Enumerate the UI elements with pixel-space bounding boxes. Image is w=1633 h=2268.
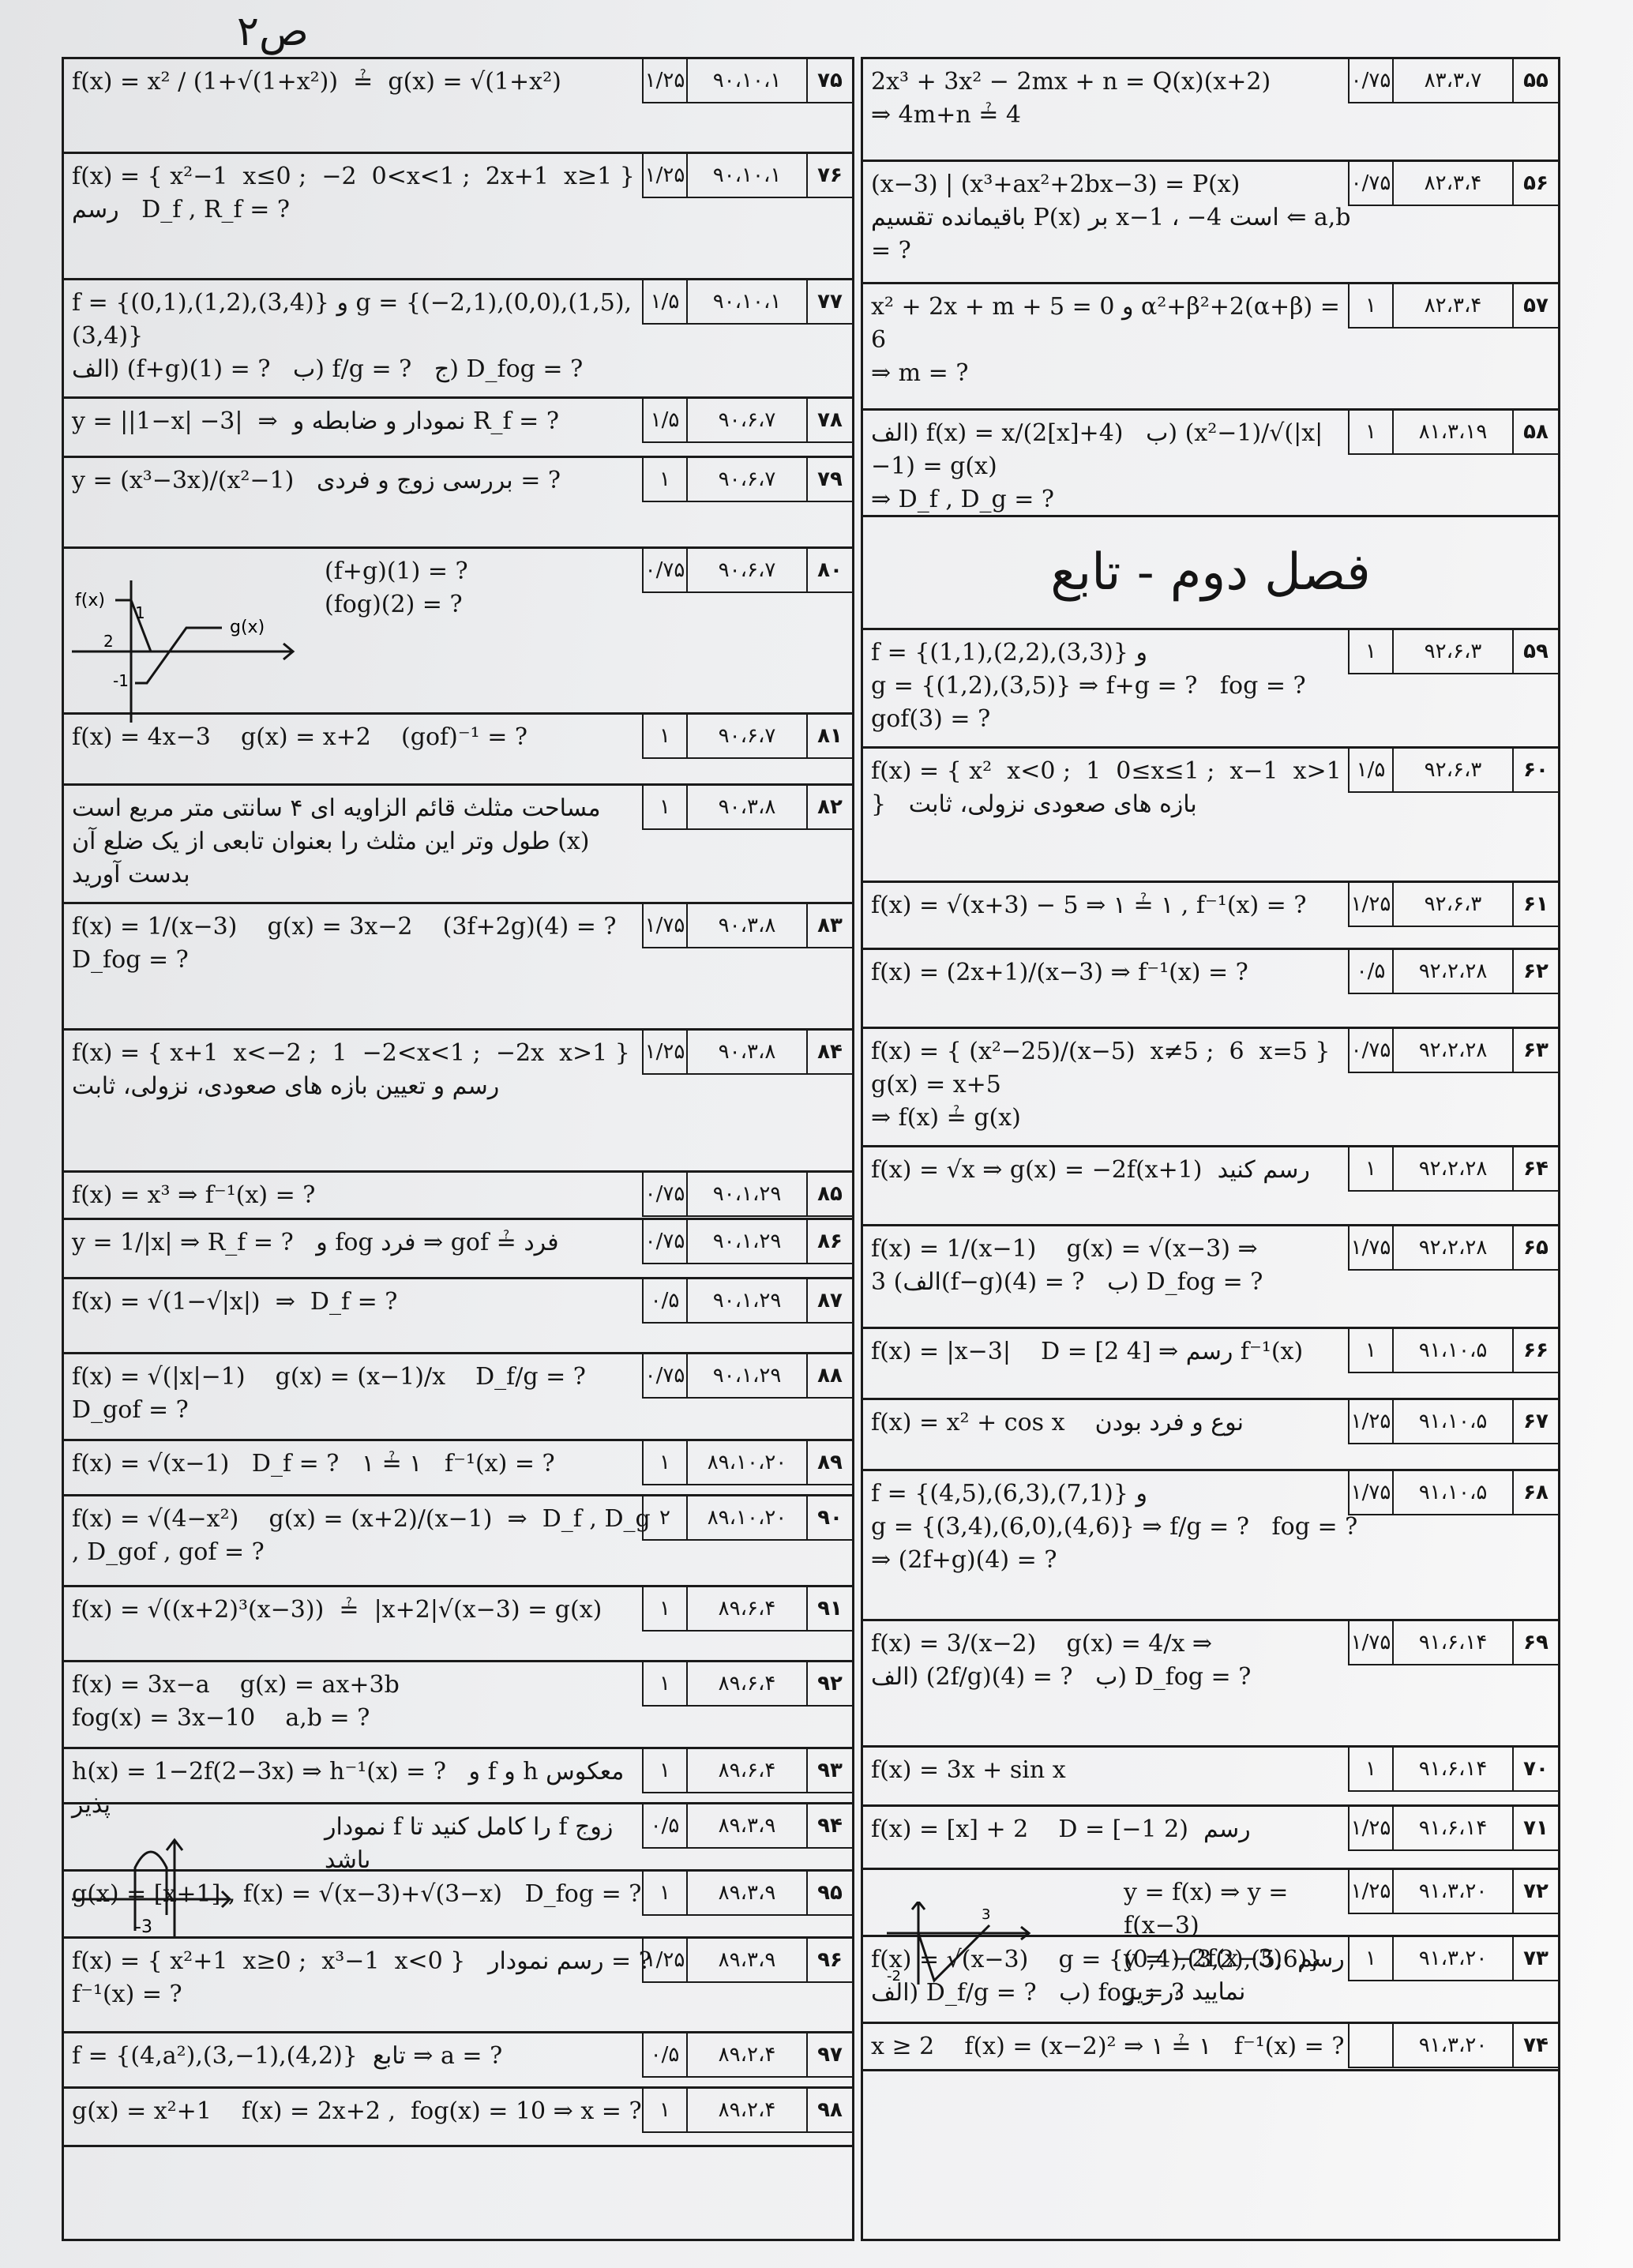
problem-score: ۰/۷۵	[1350, 162, 1394, 205]
problem-row: f = {(4,a²),(3,−1),(4,2)} تابع ⇒ a = ?۰/…	[64, 2033, 852, 2089]
problem-score: ۱	[1350, 1147, 1394, 1190]
problem-row: f(x) = √(4−x²) g(x) = (x+2)/(x−1) ⇒ D_f …	[64, 1496, 852, 1587]
problem-text: (f+g)(1) = ? (fog)(2) = ?	[325, 555, 655, 621]
problem-meta: ۰/۵۸۹،۳،۹۹۴	[642, 1804, 852, 1849]
page-mark: ص۲	[237, 8, 309, 55]
problem-score: ۰/۷۵	[644, 549, 688, 591]
problem-meta: ۱۸۱،۳،۱۹۵۸	[1348, 411, 1558, 455]
problem-meta: ۰/۷۵۸۲،۳،۴۵۶	[1348, 162, 1558, 206]
svg-text:g(x): g(x)	[230, 618, 265, 637]
problem-score: ۱/۲۵	[644, 1031, 688, 1073]
problem-row: f(x) = √x ⇒ g(x) = −2f(x+1) رسم کنید۱۹۲،…	[863, 1147, 1558, 1226]
problem-number: ۷۹	[808, 458, 852, 501]
problem-score: ۱/۵	[1350, 749, 1394, 791]
problem-text: f(x) = x² / (1+√(1+x²)) ≟ g(x) = √(1+x²)	[72, 66, 655, 99]
problem-date: ۹۱،۳،۲۰	[1394, 2024, 1514, 2067]
problem-meta: ۱/۵۹۰،۱۰،۱۷۷	[642, 280, 852, 325]
problem-date: ۹۱،۱۰،۵	[1394, 1471, 1514, 1514]
problem-number: ۶۵	[1514, 1226, 1558, 1269]
problem-row: f(x) = [x] + 2 D = [−1 2) رسم۱/۲۵۹۱،۶،۱۴…	[863, 1807, 1558, 1870]
problem-score: ۰/۷۵	[1350, 59, 1394, 102]
problem-meta: ۰/۷۵۹۰،۶،۷۸۰	[642, 549, 852, 593]
problem-meta: ۱/۲۵۹۱،۶،۱۴۷۱	[1348, 1807, 1558, 1851]
problem-score: ۱	[644, 715, 688, 757]
svg-text:1: 1	[135, 603, 145, 622]
problem-row: y = 1/|x| ⇒ R_f = ? و fog فرد ⇒ gof ≟ فر…	[64, 1220, 852, 1279]
problem-text: f(x) = 1/(x−1) g(x) = √(x−3) ⇒ الف) 3(f−…	[871, 1233, 1361, 1299]
problem-score: ۱/۲۵	[1350, 1400, 1394, 1443]
problem-row: f(x) = √((x+2)³(x−3)) ≟ |x+2|√(x−3) = g(…	[64, 1587, 852, 1662]
problem-row: 2x³ + 3x² − 2mx + n = Q(x)(x+2) ⇒ 4m+n ≟…	[863, 59, 1558, 162]
problem-number: ۵۵	[1514, 59, 1558, 102]
problem-number: ۹۰	[808, 1496, 852, 1539]
problem-date: ۹۱،۳،۲۰	[1394, 1937, 1514, 1980]
problem-score: ۱/۲۵	[644, 1939, 688, 1981]
problem-row: f(x)g(x)12-1(f+g)(1) = ? (fog)(2) = ?۰/۷…	[64, 549, 852, 715]
problem-row: -3نمودار f را کامل کنید تا f زوج باشد۰/۵…	[64, 1804, 852, 1872]
problem-score: ۱/۷۵	[1350, 1621, 1394, 1664]
problem-row: f(x) = { x+1 x<−2 ; 1 −2<x<1 ; −2x x>1 }…	[64, 1031, 852, 1173]
problem-date: ۸۹،۲،۴	[688, 2033, 808, 2076]
problem-date: ۹۱،۶،۱۴	[1394, 1748, 1514, 1790]
problem-number: ۹۵	[808, 1872, 852, 1914]
problem-number: ۶۹	[1514, 1621, 1558, 1664]
problem-number: ۹۲	[808, 1662, 852, 1705]
problem-number: ۹۳	[808, 1749, 852, 1792]
svg-text:3: 3	[982, 1906, 990, 1923]
problem-number: ۸۷	[808, 1279, 852, 1322]
problem-date: ۹۲،۶،۳	[1394, 749, 1514, 791]
problem-text: g(x) = x²+1 f(x) = 2x+2 , fog(x) = 10 ⇒ …	[72, 2095, 655, 2128]
problem-date: ۸۱،۳،۱۹	[1394, 411, 1514, 453]
problem-text: f = {(4,5),(6,3),(7,1)} و g = {(3,4),(6,…	[871, 1478, 1361, 1577]
problem-text: f = {(1,1),(2,2),(3,3)} و g = {(1,2),(3,…	[871, 636, 1361, 736]
problem-meta: ۰/۷۵۸۳،۳،۷۵۵	[1348, 59, 1558, 103]
problem-date: ۹۰،۳،۸	[688, 1031, 808, 1073]
problem-number: ۸۸	[808, 1354, 852, 1397]
problem-row: f(x) = x² + cos x نوع و فرد بودن۱/۲۵۹۱،۱…	[863, 1400, 1558, 1471]
problem-text: f = {(0,1),(1,2),(3,4)} و g = {(−2,1),(0…	[72, 287, 655, 386]
problem-date: ۹۱،۶،۱۴	[1394, 1621, 1514, 1664]
problem-number: ۹۷	[808, 2033, 852, 2076]
problem-number: ۹۴	[808, 1804, 852, 1847]
problem-row: f(x) = { x² x<0 ; 1 0≤x≤1 ; x−1 x>1 } با…	[863, 749, 1558, 883]
problem-meta: ۱۸۹،۶،۴۹۱	[642, 1587, 852, 1632]
problem-date: ۹۰،۶،۷	[688, 549, 808, 591]
problem-text: f(x) = √x ⇒ g(x) = −2f(x+1) رسم کنید	[871, 1154, 1361, 1187]
problem-score: ۱	[644, 1749, 688, 1792]
problem-meta: ۱/۷۵۹۱،۶،۱۴۶۹	[1348, 1621, 1558, 1665]
problem-number: ۹۶	[808, 1939, 852, 1981]
problem-number: ۸۴	[808, 1031, 852, 1073]
problem-row: h(x) = 1−2f(2−3x) ⇒ h⁻¹(x) = ? و f و h م…	[64, 1749, 852, 1804]
problem-text: مساحت مثلث قائم الزاویه ای ۴ سانتی متر م…	[72, 792, 655, 892]
problem-score: ۰/۵	[644, 1804, 688, 1847]
problem-row: y = ||1−x| −3| ⇒ نمودار و ضابطه و R_f = …	[64, 399, 852, 458]
problem-date: ۹۲،۲،۲۸	[1394, 1029, 1514, 1072]
problem-score: ۱/۷۵	[1350, 1471, 1394, 1514]
problem-score: ۰/۵	[644, 1279, 688, 1322]
problem-row: f(x) = { x²−1 x≤0 ; −2 0<x<1 ; 2x+1 x≥1 …	[64, 154, 852, 280]
problem-row: f(x) = x² / (1+√(1+x²)) ≟ g(x) = √(1+x²)…	[64, 59, 852, 154]
problem-meta: ۱۸۹،۲،۴۹۸	[642, 2089, 852, 2133]
problem-meta: ۰/۵۸۹،۲،۴۹۷	[642, 2033, 852, 2078]
problem-text: f(x) = 3x−a g(x) = ax+3b fog(x) = 3x−10 …	[72, 1669, 655, 1735]
problem-score: ۱	[1350, 284, 1394, 327]
problem-score	[1350, 2024, 1394, 2067]
problem-date: ۹۰،۳،۸	[688, 904, 808, 947]
problem-row: x ≥ 2 f(x) = (x−2)² ⇒ ۱ ≟ ۱ f⁻¹(x) = ?۹۱…	[863, 2024, 1558, 2071]
problem-number: ۸۱	[808, 715, 852, 757]
svg-text:f(x): f(x)	[75, 591, 105, 610]
problem-date: ۸۲،۳،۴	[1394, 162, 1514, 205]
problem-text: y = ||1−x| −3| ⇒ نمودار و ضابطه و R_f = …	[72, 405, 655, 438]
problem-row: f(x) = √(|x|−1) g(x) = (x−1)/x D_f/g = ?…	[64, 1354, 852, 1441]
problem-text: f(x) = 1/(x−3) g(x) = 3x−2 (3f+2g)(4) = …	[72, 911, 655, 977]
problem-score: ۱	[1350, 630, 1394, 673]
problem-score: ۱	[1350, 1748, 1394, 1790]
problem-date: ۹۰،۱۰،۱	[688, 59, 808, 102]
problem-number: ۶۰	[1514, 749, 1558, 791]
problem-meta: ۰/۷۵۹۲،۲،۲۸۶۳	[1348, 1029, 1558, 1073]
problem-row: f(x) = x³ ⇒ f⁻¹(x) = ?۰/۷۵۹۰،۱،۲۹۸۵	[64, 1173, 852, 1220]
problem-date: ۹۲،۲،۲۸	[1394, 1226, 1514, 1269]
problem-row: f(x) = √(1−√|x|) ⇒ D_f = ?۰/۵۹۰،۱،۲۹۸۷	[64, 1279, 852, 1354]
problem-row: 3-2y = f(x) ⇒ y = f(x−3) y = −2f(x−3) رس…	[863, 1870, 1558, 1937]
problem-row: f(x) = √(x−1) D_f = ? ۱ ≟ ۱ f⁻¹(x) = ?۱۸…	[64, 1441, 852, 1496]
problem-date: ۸۲،۳،۴	[1394, 284, 1514, 327]
problem-text: f(x) = √(x−1) D_f = ? ۱ ≟ ۱ f⁻¹(x) = ?	[72, 1448, 655, 1481]
problem-number: ۵۶	[1514, 162, 1558, 205]
problem-date: ۹۰،۶،۷	[688, 399, 808, 441]
problem-text: f(x) = √(1−√|x|) ⇒ D_f = ?	[72, 1286, 655, 1319]
problem-score: ۰/۷۵	[644, 1220, 688, 1263]
problem-meta: ۱/۲۵۹۰،۱۰،۱۷۶	[642, 154, 852, 198]
problem-score: ۱/۵	[644, 399, 688, 441]
problem-date: ۸۹،۲،۴	[688, 2089, 808, 2131]
problem-number: ۸۳	[808, 904, 852, 947]
problem-score: ۱/۷۵	[644, 904, 688, 947]
problem-date: ۸۹،۶،۴	[688, 1662, 808, 1705]
problem-date: ۸۹،۳،۹	[688, 1804, 808, 1847]
problem-score: ۱	[644, 1587, 688, 1630]
problem-text: نمودار f را کامل کنید تا f زوج باشد	[325, 1811, 655, 1877]
problem-score: ۲	[644, 1496, 688, 1539]
problem-meta: ۱/۷۵۹۰،۳،۸۸۳	[642, 904, 852, 948]
problem-text: الف) f(x) = x/(2[x]+4) ب) (x²−1)/√(|x|−1…	[871, 417, 1361, 516]
problem-date: ۹۰،۶،۷	[688, 458, 808, 501]
problem-date: ۹۲،۶،۳	[1394, 883, 1514, 926]
left-column: f(x) = x² / (1+√(1+x²)) ≟ g(x) = √(1+x²)…	[62, 57, 854, 2241]
problem-date: ۹۲،۲،۲۸	[1394, 1147, 1514, 1190]
problem-meta: ۱/۵۹۲،۶،۳۶۰	[1348, 749, 1558, 793]
problem-date: ۸۹،۶،۴	[688, 1749, 808, 1792]
problem-row: f = {(1,1),(2,2),(3,3)} و g = {(1,2),(3,…	[863, 630, 1558, 749]
problem-score: ۱	[644, 1872, 688, 1914]
problem-date: ۸۹،۳،۹	[688, 1872, 808, 1914]
problem-date: ۸۹،۱۰،۲۰	[688, 1441, 808, 1484]
problem-meta: ۱۸۲،۳،۴۵۷	[1348, 284, 1558, 329]
problem-number: ۸۵	[808, 1173, 852, 1215]
problem-meta: ۰/۷۵۹۰،۱،۲۹۸۸	[642, 1354, 852, 1399]
problem-meta: ۱۹۱،۳،۲۰۷۳	[1348, 1937, 1558, 1981]
problem-row: مساحت مثلث قائم الزاویه ای ۴ سانتی متر م…	[64, 786, 852, 904]
problem-date: ۹۰،۶،۷	[688, 715, 808, 757]
problem-score: ۱	[644, 2089, 688, 2131]
problem-row: y = (x³−3x)/(x²−1) بررسی زوج و فردی = ?۱…	[64, 458, 852, 549]
problem-meta: ۱۸۹،۳،۹۹۵	[642, 1872, 852, 1916]
problem-score: ۰/۵	[644, 2033, 688, 2076]
problem-score: ۱/۲۵	[1350, 883, 1394, 926]
problem-row: f(x) = 1/(x−3) g(x) = 3x−2 (3f+2g)(4) = …	[64, 904, 852, 1031]
worksheet-paper: ص۲ f(x) = x² / (1+√(1+x²)) ≟ g(x) = √(1+…	[0, 0, 1633, 2268]
problem-text: f(x) = √(x−3) g = {(0,4),(3,2),(5,6)} ال…	[871, 1943, 1361, 2010]
problem-number: ۸۲	[808, 786, 852, 828]
problem-text: f(x) = (2x+1)/(x−3) ⇒ f⁻¹(x) = ?	[871, 956, 1361, 989]
problem-text: (x−3) | (x³+ax²+2bx−3) = P(x) باقیمانده …	[871, 168, 1361, 268]
problem-number: ۷۸	[808, 399, 852, 441]
problem-meta: ۱/۲۵۹۲،۶،۳۶۱	[1348, 883, 1558, 927]
problem-row: f = {(4,5),(6,3),(7,1)} و g = {(3,4),(6,…	[863, 1471, 1558, 1621]
problem-score: ۰/۷۵	[1350, 1029, 1394, 1072]
problem-text: f(x) = { x²−1 x≤0 ; −2 0<x<1 ; 2x+1 x≥1 …	[72, 160, 655, 227]
problem-score: ۱	[644, 1662, 688, 1705]
problem-meta: ۱۹۰،۳،۸۸۲	[642, 786, 852, 830]
problem-meta: ۱/۲۵۹۰،۳،۸۸۴	[642, 1031, 852, 1075]
problem-date: ۸۹،۱۰،۲۰	[688, 1496, 808, 1539]
problem-meta: ۱/۲۵۹۱،۱۰،۵۶۷	[1348, 1400, 1558, 1444]
problem-number: ۶۷	[1514, 1400, 1558, 1443]
problem-score: ۰/۵	[1350, 950, 1394, 993]
problem-meta: ۱/۲۵۹۱،۳،۲۰۷۲	[1348, 1870, 1558, 1914]
problem-meta: ۲۸۹،۱۰،۲۰۹۰	[642, 1496, 852, 1541]
problem-date: ۹۰،۱۰،۱	[688, 280, 808, 323]
problem-number: ۷۱	[1514, 1807, 1558, 1849]
problem-number: ۷۵	[808, 59, 852, 102]
problem-score: ۱	[644, 458, 688, 501]
problem-number: ۷۴	[1514, 2024, 1558, 2067]
problem-row: f(x) = √(x+3) − 5 ⇒ ۱ ≟ ۱ , f⁻¹(x) = ?۱/…	[863, 883, 1558, 950]
problem-score: ۱	[1350, 1329, 1394, 1372]
problem-date: ۹۰،۱،۲۹	[688, 1279, 808, 1322]
problem-meta: ۱۹۰،۶،۷۷۹	[642, 458, 852, 502]
problem-number: ۷۷	[808, 280, 852, 323]
problem-row: f(x) = |x−3| D = [2 4] ⇒ رسم f⁻¹(x)۱۹۱،۱…	[863, 1329, 1558, 1400]
problem-score: ۰/۷۵	[644, 1173, 688, 1215]
problem-date: ۹۰،۳،۸	[688, 786, 808, 828]
problem-text: f(x) = √((x+2)³(x−3)) ≟ |x+2|√(x−3) = g(…	[72, 1594, 655, 1627]
problem-text: f(x) = 3x + sin x	[871, 1754, 1361, 1787]
problem-meta: ۱/۲۵۸۹،۳،۹۹۶	[642, 1939, 852, 1983]
problem-number: ۵۸	[1514, 411, 1558, 453]
problem-number: ۷۰	[1514, 1748, 1558, 1790]
problem-meta: ۱/۷۵۹۱،۱۰،۵۶۸	[1348, 1471, 1558, 1515]
problem-row: الف) f(x) = x/(2[x]+4) ب) (x²−1)/√(|x|−1…	[863, 411, 1558, 517]
problem-text: f(x) = √(x+3) − 5 ⇒ ۱ ≟ ۱ , f⁻¹(x) = ?	[871, 889, 1361, 922]
problem-text: f(x) = x³ ⇒ f⁻¹(x) = ?	[72, 1179, 655, 1212]
problem-number: ۵۹	[1514, 630, 1558, 673]
problem-date: ۹۱،۱۰،۵	[1394, 1329, 1514, 1372]
problem-row: f(x) = 3/(x−2) g(x) = 4/x ⇒ الف) (2f/g)(…	[863, 1621, 1558, 1748]
problem-meta: ۰/۵۹۰،۱،۲۹۸۷	[642, 1279, 852, 1324]
svg-text:-1: -1	[113, 671, 129, 690]
problem-meta: ۱۹۱،۶،۱۴۷۰	[1348, 1748, 1558, 1792]
problem-number: ۶۸	[1514, 1471, 1558, 1514]
problem-row: f(x) = { x²+1 x≥0 ; x³−1 x<0 } رسم نمودا…	[64, 1939, 852, 2033]
problem-text: f = {(4,a²),(3,−1),(4,2)} تابع ⇒ a = ?	[72, 2040, 655, 2073]
problem-number: ۶۲	[1514, 950, 1558, 993]
problem-date: ۹۱،۱۰،۵	[1394, 1400, 1514, 1443]
problem-text: f(x) = √(4−x²) g(x) = (x+2)/(x−1) ⇒ D_f …	[72, 1503, 655, 1569]
problem-meta: ۱۹۲،۲،۲۸۶۴	[1348, 1147, 1558, 1192]
problem-date: ۹۰،۱،۲۹	[688, 1173, 808, 1215]
problem-number: ۶۶	[1514, 1329, 1558, 1372]
problem-meta: ۱۸۹،۱۰،۲۰۸۹	[642, 1441, 852, 1485]
problem-date: ۸۹،۳،۹	[688, 1939, 808, 1981]
problem-number: ۷۳	[1514, 1937, 1558, 1980]
problem-date: ۹۰،۱،۲۹	[688, 1220, 808, 1263]
problem-text: f(x) = 3/(x−2) g(x) = 4/x ⇒ الف) (2f/g)(…	[871, 1628, 1361, 1694]
problem-text: y = (x³−3x)/(x²−1) بررسی زوج و فردی = ?	[72, 464, 655, 498]
problem-number: ۸۹	[808, 1441, 852, 1484]
problem-row: f = {(0,1),(1,2),(3,4)} و g = {(−2,1),(0…	[64, 280, 852, 399]
problem-text: 2x³ + 3x² − 2mx + n = Q(x)(x+2) ⇒ 4m+n ≟…	[871, 66, 1361, 132]
problem-number: ۶۱	[1514, 883, 1558, 926]
problem-score: ۱	[1350, 411, 1394, 453]
problem-number: ۶۴	[1514, 1147, 1558, 1190]
problem-text: f(x) = { x²+1 x≥0 ; x³−1 x<0 } رسم نمودا…	[72, 1945, 655, 2011]
problem-meta: ۱/۷۵۹۲،۲،۲۸۶۵	[1348, 1226, 1558, 1271]
problem-meta: ۰/۷۵۹۰،۱،۲۹۸۶	[642, 1220, 852, 1264]
problem-text: f(x) = [x] + 2 D = [−1 2) رسم	[871, 1813, 1361, 1846]
problem-text: f(x) = √(|x|−1) g(x) = (x−1)/x D_f/g = ?…	[72, 1361, 655, 1427]
problem-text: x ≥ 2 f(x) = (x−2)² ⇒ ۱ ≟ ۱ f⁻¹(x) = ?	[871, 2030, 1361, 2063]
problem-date: ۹۰،۱۰،۱	[688, 154, 808, 197]
problem-number: ۹۸	[808, 2089, 852, 2131]
problem-row: f(x) = 4x−3 g(x) = x+2 (gof)⁻¹ = ?۱۹۰،۶،…	[64, 715, 852, 786]
problem-date: ۸۹،۶،۴	[688, 1587, 808, 1630]
problem-text: f(x) = { x² x<0 ; 1 0≤x≤1 ; x−1 x>1 } با…	[871, 755, 1361, 821]
problem-row: (x−3) | (x³+ax²+2bx−3) = P(x) باقیمانده …	[863, 162, 1558, 284]
problem-graph: f(x)g(x)12-1	[72, 580, 309, 726]
problem-text: f(x) = { x+1 x<−2 ; 1 −2<x<1 ; −2x x>1 }…	[72, 1037, 655, 1103]
problem-meta: ۱۹۰،۶،۷۸۱	[642, 715, 852, 759]
problem-meta: ۱/۵۹۰،۶،۷۷۸	[642, 399, 852, 443]
problem-score: ۱/۲۵	[1350, 1807, 1394, 1849]
problem-meta: ۹۱،۳،۲۰۷۴	[1348, 2024, 1558, 2068]
problem-date: ۹۲،۲،۲۸	[1394, 950, 1514, 993]
svg-text:2: 2	[103, 632, 114, 651]
problem-meta: ۱/۲۵۹۰،۱۰،۱۷۵	[642, 59, 852, 103]
problem-date: ۸۳،۳،۷	[1394, 59, 1514, 102]
problem-text: f(x) = x² + cos x نوع و فرد بودن	[871, 1406, 1361, 1440]
problem-row: f(x) = √(x−3) g = {(0,4),(3,2),(5,6)} ال…	[863, 1937, 1558, 2024]
problem-score: ۱	[644, 786, 688, 828]
problem-score: ۰/۷۵	[644, 1354, 688, 1397]
problem-row: g(x) = x²+1 f(x) = 2x+2 , fog(x) = 10 ⇒ …	[64, 2089, 852, 2147]
problem-score: ۱/۲۵	[644, 154, 688, 197]
problem-number: ۹۱	[808, 1587, 852, 1630]
problem-row: f(x) = { (x²−25)/(x−5) x≠5 ; 6 x=5 } g(x…	[863, 1029, 1558, 1147]
right-column: 2x³ + 3x² − 2mx + n = Q(x)(x+2) ⇒ 4m+n ≟…	[861, 57, 1560, 2241]
chapter-title: فصل دوم - تابع	[863, 517, 1558, 630]
problem-number: ۵۷	[1514, 284, 1558, 327]
problem-row: f(x) = 1/(x−1) g(x) = √(x−3) ⇒ الف) 3(f−…	[863, 1226, 1558, 1329]
problem-number: ۷۲	[1514, 1870, 1558, 1913]
problem-number: ۶۳	[1514, 1029, 1558, 1072]
problem-score: ۱/۷۵	[1350, 1226, 1394, 1269]
problem-row: x² + 2x + m + 5 = 0 و α²+β²+2(α+β) = 6 ⇒…	[863, 284, 1558, 411]
problem-number: ۷۶	[808, 154, 852, 197]
problem-row: f(x) = 3x−a g(x) = ax+3b fog(x) = 3x−10 …	[64, 1662, 852, 1749]
problem-date: ۹۱،۳،۲۰	[1394, 1870, 1514, 1913]
problem-score: ۱/۲۵	[1350, 1870, 1394, 1913]
problem-date: ۹۱،۶،۱۴	[1394, 1807, 1514, 1849]
problem-text: y = 1/|x| ⇒ R_f = ? و fog فرد ⇒ gof ≟ فر…	[72, 1226, 655, 1260]
problem-text: f(x) = |x−3| D = [2 4] ⇒ رسم f⁻¹(x)	[871, 1335, 1361, 1369]
problem-number: ۸۶	[808, 1220, 852, 1263]
problem-meta: ۱۹۱،۱۰،۵۶۶	[1348, 1329, 1558, 1373]
problem-score: ۱	[644, 1441, 688, 1484]
problem-score: ۱	[1350, 1937, 1394, 1980]
problem-row: f(x) = 3x + sin x۱۹۱،۶،۱۴۷۰	[863, 1748, 1558, 1807]
problem-text: x² + 2x + m + 5 = 0 و α²+β²+2(α+β) = 6 ⇒…	[871, 291, 1361, 390]
problem-meta: ۰/۵۹۲،۲،۲۸۶۲	[1348, 950, 1558, 994]
problem-text: f(x) = { (x²−25)/(x−5) x≠5 ; 6 x=5 } g(x…	[871, 1035, 1361, 1135]
problem-meta: ۱۹۲،۶،۳۵۹	[1348, 630, 1558, 674]
problem-date: ۹۰،۱،۲۹	[688, 1354, 808, 1397]
problem-meta: ۱۸۹،۶،۴۹۳	[642, 1749, 852, 1793]
problem-row: g(x) = [x+1] , f(x) = √(x−3)+√(3−x) D_fo…	[64, 1872, 852, 1939]
problem-meta: ۰/۷۵۹۰،۱،۲۹۸۵	[642, 1173, 852, 1217]
problem-text: g(x) = [x+1] , f(x) = √(x−3)+√(3−x) D_fo…	[72, 1878, 655, 1911]
problem-row: f(x) = (2x+1)/(x−3) ⇒ f⁻¹(x) = ?۰/۵۹۲،۲،…	[863, 950, 1558, 1029]
problem-date: ۹۲،۶،۳	[1394, 630, 1514, 673]
problem-text: f(x) = 4x−3 g(x) = x+2 (gof)⁻¹ = ?	[72, 721, 655, 754]
problem-score: ۱/۵	[644, 280, 688, 323]
problem-number: ۸۰	[808, 549, 852, 591]
problem-score: ۱/۲۵	[644, 59, 688, 102]
problem-meta: ۱۸۹،۶،۴۹۲	[642, 1662, 852, 1707]
